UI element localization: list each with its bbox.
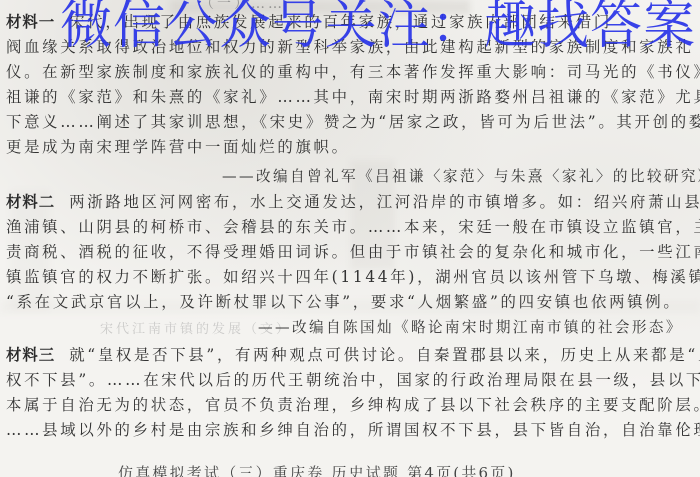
material-2-line-3: 责商税、酒税的征收，不得受理婚田词诉。但由于市镇社会的复杂化和城市化，一些江南市	[6, 242, 700, 262]
material-2-source: ——改编自陈国灿《略论南宋时期江南市镇的社会形态》	[258, 318, 683, 338]
material-3-line-4: ……县域以外的乡村是由宗族和乡绅自治的，所谓国权不下县，县下皆自治，自治靠伦理，…	[6, 420, 700, 440]
material-2-line-4: 镇监镇官的权力不断扩张。如绍兴十四年(1144年)，湖州官员以该州管下乌墩、梅溪…	[6, 267, 700, 287]
material-1-source: ——改编自曾礼军《吕祖谦〈家范〉与朱熹〈家礼〉的比较研究》	[222, 167, 700, 187]
material-1-line-5: 下意义……阐述了其家训思想，《宋史》赞之为“居家之政，皆可为后世法”。其开创的婺…	[6, 112, 700, 132]
paragraph-text: 两浙路地区河网密布，水上交通发达，江河沿岸的市镇增多。如：绍兴府萧山县的	[69, 193, 700, 211]
material-1-label: 材料一	[6, 13, 55, 31]
material-2-line-2: 渔浦镇、山阴县的柯桥市、会稽县的东关市。……本来，宋廷一般在市镇设立监镇官，主要…	[6, 217, 700, 237]
material-2-line-5: “系在文武京官以上，及许断杖罪以下公事”，要求“人烟繁盛”的四安镇也依两镇例。	[6, 292, 681, 312]
material-3-line-3: 本属于自治无为的状态，官员不负责治理，乡绅构成了县以下社会秩序的主要支配阶层。	[6, 395, 700, 415]
page-footer: 仿真模拟考试（三）重庆卷 历史试题 第4页(共6页)	[118, 462, 516, 477]
material-2-line-1: 材料二两浙路地区河网密布，水上交通发达，江河沿岸的市镇增多。如：绍兴府萧山县的	[6, 192, 700, 212]
exam-page: （一）…… 材料一宋代，出现了由庶族发展起来的百年家族，通过家族内部团结来借门 …	[0, 0, 700, 477]
watermark-overlay: 微信公众号关注：趣找答案	[60, 0, 696, 58]
material-3-line-2: 权不下县”。……在宋代以后的历代王朝统治中，国家的行政治理局限在县一级，县以下基	[6, 370, 700, 390]
material-3-label: 材料三	[6, 346, 55, 364]
material-1-line-3: 仪。在新型家族制度和家族礼仪的重构中，有三本著作发挥重大影响：司马光的《书仪》、…	[6, 62, 700, 82]
material-1-line-4: 祖谦的《家范》和朱熹的《家礼》……其中，南宋时期两浙路婺州吕祖谦的《家范》尤具承…	[6, 87, 700, 107]
paragraph-text: 就“皇权是否下县”，有两种观点可供讨论。自秦置郡县以来，历史上从来都是“皇	[69, 346, 700, 364]
material-2-label: 材料二	[6, 193, 55, 211]
material-1-line-6: 更是成为南宋理学阵营中一面灿烂的旗帜。	[6, 137, 350, 157]
material-3-line-1: 材料三就“皇权是否下县”，有两种观点可供讨论。自秦置郡县以来，历史上从来都是“皇	[6, 345, 700, 365]
